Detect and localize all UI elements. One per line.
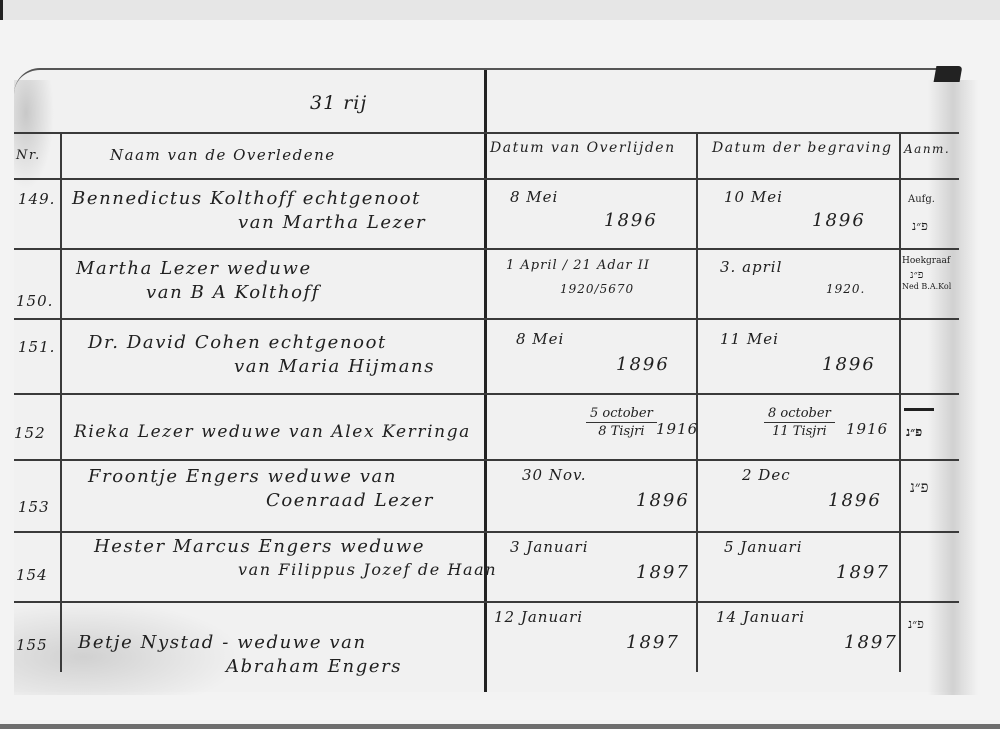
- burial-date: 14 Januari: [716, 608, 805, 626]
- burial-date-gregorian: 8 october: [764, 406, 835, 423]
- remarks-column-rule: [899, 132, 901, 672]
- death-date: 8 Mei: [510, 188, 558, 206]
- spouse-name: van Filippus Jozef de Haan: [238, 560, 497, 579]
- death-date-fraction: 5 october 8 Tisjri: [586, 406, 657, 439]
- burial-date: 3. april: [720, 258, 782, 276]
- page-corner: [934, 66, 963, 82]
- remark: Ned B.A.Kol: [902, 282, 951, 291]
- scanner-edge: [0, 0, 3, 20]
- remark-hebrew: פ״נ: [910, 268, 924, 281]
- header-remarks: Aanm.: [904, 142, 950, 156]
- death-date-gregorian: 5 october: [586, 406, 657, 423]
- row-number: 154: [16, 566, 48, 584]
- center-divider: [484, 70, 487, 692]
- death-year: 1896: [604, 210, 658, 231]
- row-number: 153: [18, 498, 50, 516]
- row-number: 151.: [18, 338, 55, 356]
- burial-year: 1920.: [826, 282, 865, 296]
- remark-hebrew: פ״נ: [912, 218, 928, 234]
- header-burial-date: Datum der begraving: [712, 140, 892, 156]
- header-number: Nr.: [16, 148, 41, 163]
- death-date-hebrew: 8 Tisjri: [586, 423, 657, 439]
- remark: Aufg.: [908, 194, 935, 205]
- burial-date: 5 Januari: [724, 538, 803, 556]
- deceased-name: Rieka Lezer weduwe van Alex Kerringa: [74, 422, 471, 442]
- death-year: 1897: [626, 632, 680, 653]
- burial-date-hebrew: 11 Tisjri: [764, 423, 835, 439]
- number-column-rule: [60, 132, 62, 672]
- paper-wear: [14, 80, 54, 190]
- scanner-bottom-band: [0, 724, 1000, 729]
- death-year: 1896: [636, 490, 690, 511]
- death-date: 1 April / 21 Adar II: [506, 258, 650, 273]
- row-rule: [14, 318, 959, 320]
- spouse-name: Abraham Engers: [226, 656, 402, 677]
- row-number: 150.: [16, 292, 53, 310]
- row-rule: [14, 459, 959, 461]
- death-date: 12 Januari: [494, 608, 583, 626]
- header-top-rule: [14, 132, 959, 134]
- spouse-name: van Martha Lezer: [238, 212, 426, 233]
- burial-year: 1897: [836, 562, 890, 583]
- burial-date-fraction: 8 october 11 Tisjri: [764, 406, 835, 439]
- spouse-name: van Maria Hijmans: [234, 356, 435, 377]
- deceased-name: Betje Nystad - weduwe van: [78, 632, 367, 653]
- death-date: 3 Januari: [510, 538, 589, 556]
- header-death-date: Datum van Overlijden: [490, 140, 676, 156]
- remark-hebrew: פ״נ: [906, 424, 922, 440]
- death-year: 1896: [616, 354, 670, 375]
- row-rule: [14, 393, 959, 395]
- burial-year: 1896: [822, 354, 876, 375]
- death-year: 1920/5670: [560, 282, 634, 296]
- burial-date: 11 Mei: [720, 330, 779, 348]
- burial-date: 10 Mei: [724, 188, 783, 206]
- remark-hebrew: פ״נ: [908, 616, 924, 632]
- header-bottom-rule: [14, 178, 959, 180]
- deceased-name: Hester Marcus Engers weduwe: [94, 536, 425, 557]
- death-year: 1897: [636, 562, 690, 583]
- scanner-top-band: [0, 0, 1000, 20]
- burial-year: 1897: [844, 632, 898, 653]
- spouse-name: Coenraad Lezer: [266, 490, 434, 511]
- row-rule: [14, 248, 959, 250]
- row-rule: [14, 601, 959, 603]
- burial-year: 1896: [828, 490, 882, 511]
- remark-hebrew: פ״נ: [910, 478, 928, 497]
- spouse-name: van B A Kolthoff: [146, 282, 320, 303]
- row-number: 152: [14, 424, 46, 442]
- remark-struck: ———: [904, 404, 934, 415]
- deceased-name: Dr. David Cohen echtgenoot: [88, 332, 387, 353]
- burial-year: 1916: [846, 420, 888, 438]
- page-heading: 31 rij: [310, 92, 367, 114]
- row-rule: [14, 531, 959, 533]
- remark: Hoekgraaf: [902, 256, 950, 266]
- death-date: 30 Nov.: [522, 466, 586, 484]
- burial-date: 2 Dec: [742, 466, 791, 484]
- header-name: Naam van de Overledene: [110, 146, 336, 164]
- row-number: 149.: [18, 190, 55, 208]
- burial-year: 1896: [812, 210, 866, 231]
- date-column-rule: [696, 132, 698, 672]
- deceased-name: Martha Lezer weduwe: [76, 258, 312, 279]
- deceased-name: Bennedictus Kolthoff echtgenoot: [72, 188, 421, 209]
- row-number: 155: [16, 636, 48, 654]
- death-year: 1916: [656, 420, 698, 438]
- deceased-name: Froontje Engers weduwe van: [88, 466, 397, 487]
- death-date: 8 Mei: [516, 330, 564, 348]
